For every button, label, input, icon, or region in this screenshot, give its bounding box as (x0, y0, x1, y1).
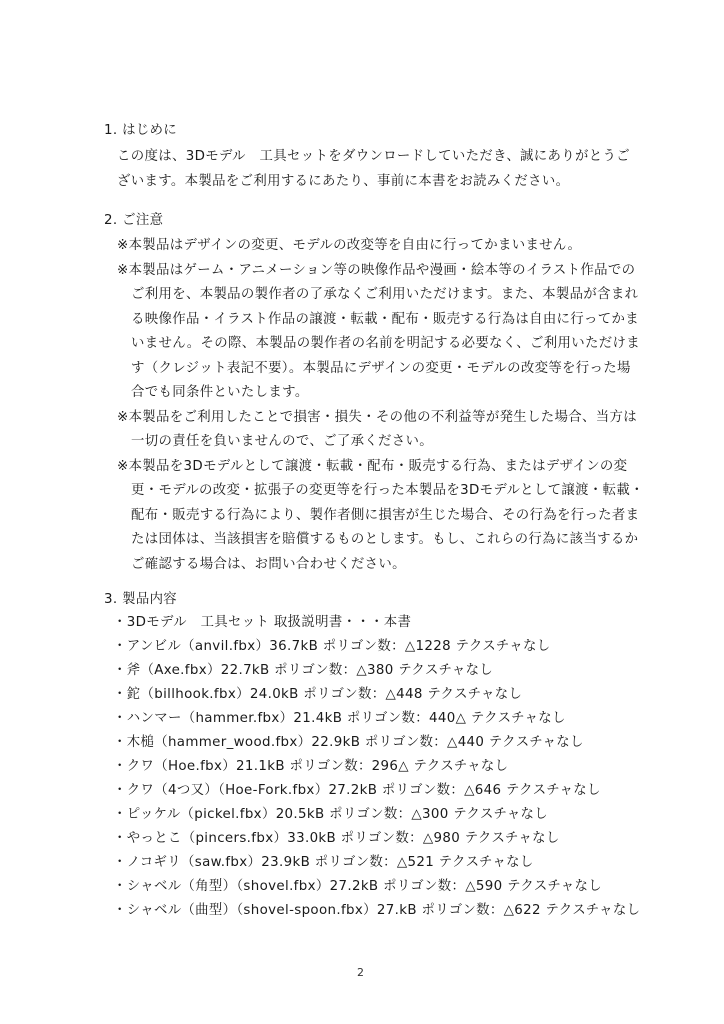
section-heading-intro: 1. はじめに (104, 121, 177, 141)
list-item: ・斧（Axe.fbx）22.7kB ポリゴン数：△380 テクスチャなし (113, 661, 493, 681)
section-heading-notes: 2. ご注意 (104, 211, 163, 231)
list-item: ・アンビル（anvil.fbx）36.7kB ポリゴン数：△1228 テクスチャ… (113, 637, 550, 657)
note-line: たは団体は、当該損害を賠償するものとします。もし、これらの行為に該当するか (131, 530, 638, 550)
list-item: ・シャベル（曲型）（shovel-spoon.fbx）27.kB ポリゴン数：△… (113, 901, 640, 921)
list-item: ・クワ（4つ又）（Hoe-Fork.fbx）27.2kB ポリゴン数：△646 … (113, 781, 601, 801)
document-page: 1. はじめに この度は、3Dモデル 工具セットをダウンロードしていただき、誠に… (0, 0, 724, 1024)
note-line: ※本製品はデザインの変更、モデルの改変等を自由に行ってかまいません。 (117, 236, 581, 256)
note-line: る映像作品・イラスト作品の譲渡・転載・配布・販売する行為は自由に行ってかま (131, 310, 639, 330)
note-line: ご利用を、本製品の製作者の了承なくご利用いただけます。また、本製品が含まれ (131, 285, 638, 305)
note-line: ※本製品をご利用したことで損害・損失・その他の不利益等が発生した場合、当方は (117, 408, 637, 428)
list-item: ・木槌（hammer_wood.fbx）22.9kB ポリゴン数：△440 テク… (113, 733, 584, 753)
note-line: 合でも同条件といたします。 (131, 383, 309, 403)
list-item: ・ハンマー（hammer.fbx）21.4kB ポリゴン数：440△ テクスチャ… (113, 709, 566, 729)
page-number: 2 (357, 966, 364, 979)
intro-line: ざいます。本製品をご利用するにあたり、事前に本書をお読みください。 (117, 172, 569, 192)
list-item: ・ノコギリ（saw.fbx）23.9kB ポリゴン数：△521 テクスチャなし (113, 853, 534, 873)
list-item: ・クワ（Hoe.fbx）21.1kB ポリゴン数：296△ テクスチャなし (113, 757, 508, 777)
intro-line: この度は、3Dモデル 工具セットをダウンロードしていただき、誠にありがとうご (117, 147, 630, 167)
note-line: 配布・販売する行為により、製作者側に損害が生じた場合、その行為を行った者ま (131, 506, 639, 526)
list-item: ・やっとこ（pincers.fbx）33.0kB ポリゴン数：△980 テクスチ… (113, 829, 560, 849)
note-line: ご確認する場合は、お問い合わせください。 (131, 555, 406, 575)
note-line: ※本製品はゲーム・アニメーション等の映像作品や漫画・絵本等のイラスト作品での (117, 261, 635, 281)
list-item: ・シャベル（角型）（shovel.fbx）27.2kB ポリゴン数：△590 テ… (113, 877, 602, 897)
section-heading-contents: 3. 製品内容 (104, 590, 177, 610)
note-line: ※本製品を3Dモデルとして譲渡・転載・配布・販売する行為、またはデザインの変 (117, 457, 627, 477)
note-line: す（クレジット表記不要）。本製品にデザインの変更・モデルの改変等を行った場 (131, 359, 631, 379)
list-item: ・ピッケル（pickel.fbx）20.5kB ポリゴン数：△300 テクスチャ… (113, 805, 548, 825)
list-item: ・鉈（billhook.fbx）24.0kB ポリゴン数：△448 テクスチャな… (113, 685, 522, 705)
note-line: いません。その際、本製品の製作者の名前を明記する必要なく、ご利用いただけま (131, 334, 640, 354)
note-line: 更・モデルの改変・拡張子の変更等を行った本製品を3Dモデルとして譲渡・転載・ (131, 481, 644, 501)
list-item: ・3Dモデル 工具セット 取扱説明書・・・本書 (113, 613, 411, 633)
note-line: 一切の責任を負いませんので、ご了承ください。 (131, 432, 433, 452)
